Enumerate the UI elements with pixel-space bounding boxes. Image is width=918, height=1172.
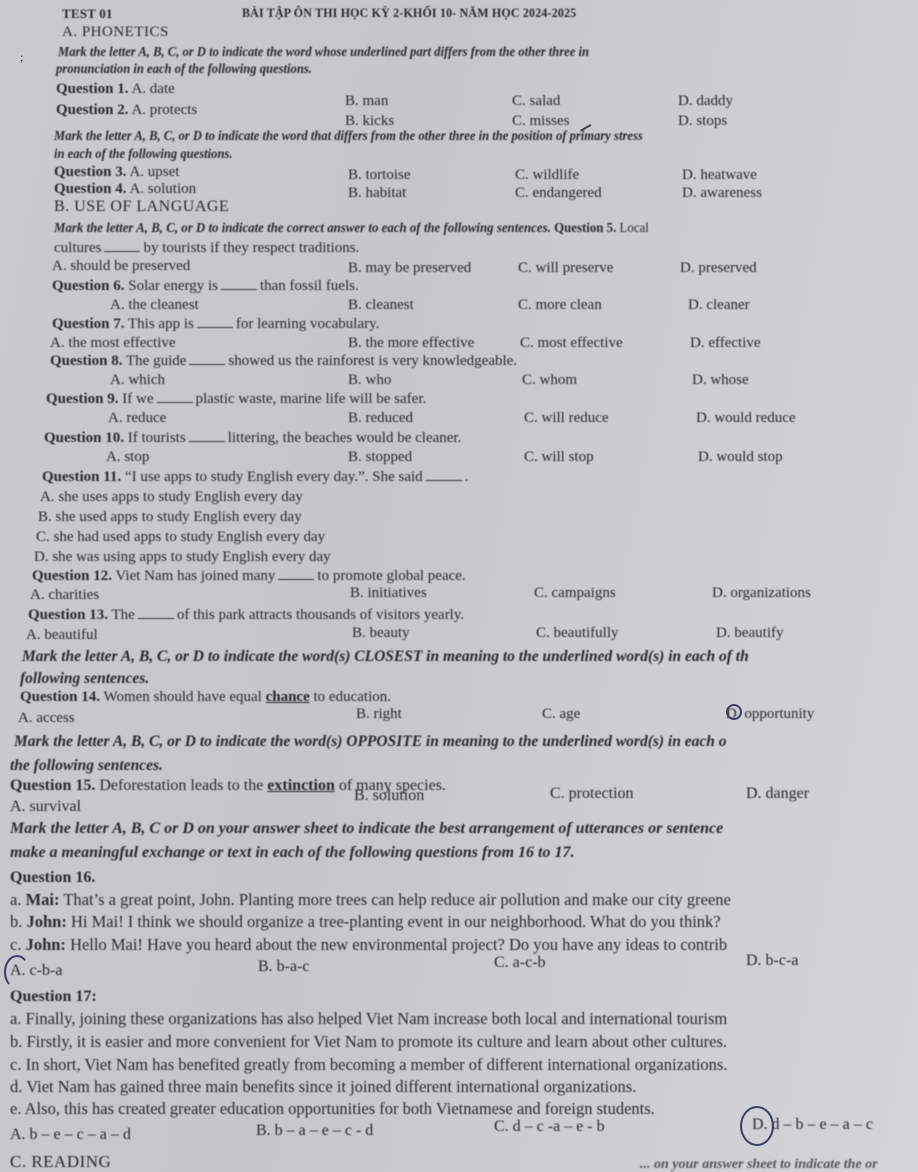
stem-text: Women should have equal: [104, 689, 262, 705]
dialogue-line-b: b. John: Hi Mai! I think we should organ…: [10, 913, 721, 931]
instruction-opposite: Mark the letter A, B, C, or D to indicat…: [14, 733, 727, 751]
instruction-reading-partial: ... on your answer sheet to indicate the…: [640, 1156, 878, 1172]
question-9: Question 9. If weplastic waste, marine l…: [46, 390, 426, 408]
option-c[interactable]: C. wildlife: [515, 166, 579, 184]
stem-text: If tourists: [128, 430, 186, 446]
answer-blank: [278, 567, 314, 580]
option-c[interactable]: C. protection: [550, 785, 634, 803]
option-d[interactable]: D. effective: [690, 334, 761, 352]
instruction-stress-cont: in each of the following questions.: [54, 146, 233, 164]
option-d[interactable]: D. awareness: [682, 184, 762, 202]
question-3: Question 3. A. upset: [54, 163, 179, 181]
option-c[interactable]: C. more clean: [518, 296, 602, 314]
stem-text: The: [112, 607, 135, 623]
question-label: Question 6.: [52, 278, 125, 294]
option-c[interactable]: C. campaigns: [534, 584, 616, 602]
option-b[interactable]: B. may be preserved: [348, 259, 471, 277]
option-d[interactable]: D. whose: [692, 371, 749, 389]
option-d[interactable]: D. d – b – e – a – c: [752, 1116, 873, 1134]
instruction-pronunciation: Mark the letter A, B, C, or D to indicat…: [58, 44, 589, 62]
line-tag: b.: [10, 912, 22, 931]
question-16-label: Question 16.: [10, 869, 95, 887]
question-label: Question 7.: [52, 316, 125, 332]
stem-text: Deforestation leads to the: [99, 777, 263, 794]
option-a[interactable]: A. date: [131, 81, 174, 97]
sentence-d: d. Viet Nam has gained three main benefi…: [10, 1078, 636, 1096]
option-d[interactable]: D. heatwave: [682, 166, 757, 184]
sentence-b: b. Firstly, it is easier and more conven…: [10, 1033, 727, 1051]
option-a[interactable]: A. the cleanest: [110, 296, 199, 314]
answer-blank: [189, 429, 225, 442]
stem-text: of this park attracts thousands of visit…: [177, 607, 464, 623]
question-6: Question 6. Solar energy isthan fossil f…: [52, 277, 359, 295]
question-label: Question 3.: [54, 164, 127, 180]
stem-text: .: [465, 469, 469, 485]
question-label: Question 15.: [10, 777, 95, 794]
option-a[interactable]: A. survival: [10, 798, 81, 816]
speaker-name: John:: [27, 912, 67, 931]
section-reading: C. READING: [10, 1152, 111, 1172]
option-d[interactable]: D. preserved: [680, 259, 757, 277]
stem-text: littering, the beaches would be cleaner.: [228, 430, 462, 446]
dialogue-line-a: a. Mai: That’s a great point, John. Plan…: [10, 891, 731, 909]
question-label: Question 9.: [46, 391, 119, 407]
question-label: Question 1.: [56, 81, 129, 97]
option-b[interactable]: B. habitat: [348, 184, 406, 202]
option-d[interactable]: D. would reduce: [696, 409, 796, 427]
option-d[interactable]: D. would stop: [698, 448, 783, 466]
question-8: Question 8. The guideshowed us the rainf…: [50, 352, 517, 370]
question-label: Question 2.: [56, 102, 129, 118]
sentence-c: c. In short, Viet Nam has benefited grea…: [10, 1056, 727, 1074]
option-a[interactable]: A. reduce: [108, 409, 166, 427]
answer-blank: [197, 315, 233, 328]
stem-text: to promote global peace.: [317, 568, 465, 584]
option-c[interactable]: C. age: [542, 705, 580, 723]
option-d[interactable]: D. daddy: [678, 92, 733, 110]
question-4: Question 4. A. solution: [54, 180, 196, 198]
option-c[interactable]: C. endangered: [515, 184, 602, 202]
question-label: Question 5.: [554, 221, 616, 236]
question-stem: Local: [620, 221, 649, 236]
margin-mark: ;: [20, 48, 23, 66]
instruction-correct: Mark the letter A, B, C, or D to indicat…: [54, 220, 649, 238]
stem-text: to education.: [314, 689, 391, 705]
option-d[interactable]: D. b-c-a: [746, 952, 798, 970]
underlined-word: chance: [266, 689, 310, 705]
option-b[interactable]: B. the more effective: [348, 334, 474, 352]
speaker-name: Mai:: [26, 890, 60, 909]
option-c[interactable]: C. will preserve: [518, 259, 613, 277]
option-d[interactable]: D. cleaner: [688, 296, 750, 314]
answer-blank: [138, 606, 174, 619]
option-b[interactable]: B. tortoise: [348, 166, 411, 184]
question-7: Question 7. This app isfor learning voca…: [52, 315, 379, 333]
question-11: Question 11. “I use apps to study Englis…: [42, 468, 468, 486]
stem-text: The guide: [126, 353, 186, 369]
option-a[interactable]: A. c-b-a: [10, 962, 62, 980]
option-b[interactable]: B. who: [348, 371, 391, 389]
option-d[interactable]: D. stops: [678, 112, 727, 130]
dialogue-line-c: c. John: Hello Mai! Have you heard about…: [10, 936, 727, 954]
option-a[interactable]: A. beautiful: [26, 626, 98, 644]
option-d[interactable]: D. organizations: [712, 584, 811, 602]
option-a[interactable]: A. protects: [131, 102, 197, 118]
option-c[interactable]: C. whom: [522, 371, 577, 389]
dialogue-text: Hello Mai! Have you heard about the new …: [70, 935, 727, 954]
answer-blank: [189, 352, 225, 365]
option-a[interactable]: A. should be preserved: [52, 257, 190, 275]
test-label: TEST 01: [62, 6, 113, 22]
option-d[interactable]: D. she was using apps to study English e…: [34, 548, 331, 566]
stem-text: Viet Nam has joined many: [116, 568, 276, 584]
answer-blank: [157, 390, 193, 403]
sentence-a: a. Finally, joining these organizations …: [10, 1010, 727, 1028]
question-label: Question 11.: [42, 469, 121, 485]
option-b[interactable]: B. cleanest: [348, 296, 414, 314]
option-c[interactable]: C. a-c-b: [494, 954, 546, 972]
option-c[interactable]: C. d – c -a – e - b: [494, 1118, 605, 1136]
speaker-name: John:: [26, 935, 66, 954]
underlined-word: extinction: [267, 777, 335, 794]
question-17-label: Question 17:: [10, 988, 97, 1006]
section-phonetics: A. PHONETICS: [62, 24, 169, 41]
question-label: Question 4.: [54, 181, 127, 197]
stem-text: than fossil fuels.: [260, 278, 359, 294]
option-b[interactable]: B. she used apps to study English every …: [38, 508, 302, 526]
question-5-stem: culturesby tourists if they respect trad…: [54, 239, 359, 257]
option-c[interactable]: C. salad: [512, 92, 560, 110]
option-b[interactable]: B. stopped: [348, 448, 412, 466]
option-d[interactable]: D. danger: [746, 785, 809, 803]
dialogue-text: Hi Mai! I think we should organize a tre…: [71, 912, 721, 931]
question-label: Question 13.: [28, 607, 108, 623]
option-a[interactable]: A. access: [18, 709, 75, 727]
instruction-closest: Mark the letter A, B, C, or D to indicat…: [22, 648, 749, 666]
instruction-stress: Mark the letter A, B, C, or D to indicat…: [54, 128, 643, 146]
question-14: Question 14. Women should have equal cha…: [20, 688, 391, 706]
option-a[interactable]: A. b – e – c – a – d: [10, 1126, 131, 1144]
option-a[interactable]: A. which: [110, 371, 165, 389]
instruction-closest-cont: following sentences.: [20, 670, 149, 688]
option-b[interactable]: B. b – a – e – c - d: [256, 1122, 373, 1140]
stem-text: showed us the rainforest is very knowled…: [228, 353, 517, 369]
option-b[interactable]: B. man: [345, 92, 388, 110]
stem-text: If we: [122, 391, 153, 407]
line-tag: a.: [10, 890, 21, 909]
answer-blank: [221, 277, 257, 290]
option-c[interactable]: C. she had used apps to study English ev…: [36, 528, 325, 546]
option-c[interactable]: C. will reduce: [524, 409, 609, 427]
stem-text: for learning vocabulary.: [236, 316, 380, 332]
answer-blank: [426, 468, 462, 481]
stem-text: cultures: [54, 240, 101, 256]
question-label: Question 10.: [44, 430, 124, 446]
sentence-e: e. Also, this has created greater educat…: [10, 1100, 655, 1118]
option-b[interactable]: B. beauty: [352, 624, 410, 642]
dialogue-text: That’s a great point, John. Planting mor…: [63, 890, 731, 909]
option-a[interactable]: A. upset: [129, 164, 179, 180]
answer-blank: [104, 239, 140, 252]
line-tag: c.: [10, 935, 21, 954]
option-b[interactable]: B. initiatives: [350, 584, 427, 602]
instruction-opposite-cont: the following sentences.: [10, 757, 163, 775]
question-label: Question 14.: [20, 689, 100, 705]
instruction-arrange-cont: make a meaningful exchange or text in ea…: [10, 844, 574, 862]
question-label: Question 8.: [50, 353, 123, 369]
option-c[interactable]: C. most effective: [520, 334, 623, 352]
option-a[interactable]: A. solution: [129, 181, 196, 197]
stem-text: plastic waste, marine life will be safer…: [196, 391, 427, 407]
stem-text: Solar energy is: [128, 278, 218, 294]
option-b[interactable]: B. reduced: [348, 409, 413, 427]
option-a[interactable]: A. the most effective: [50, 334, 176, 352]
question-10: Question 10. If touristslittering, the b…: [44, 429, 461, 447]
question-1: Question 1. A. date: [56, 80, 175, 98]
instruction-pronunciation-cont: pronunciation in each of the following q…: [56, 61, 312, 79]
option-b[interactable]: B. b-a-c: [258, 958, 310, 976]
question-label: Question 12.: [32, 568, 112, 584]
stem-text: “I use apps to study English every day.”…: [125, 469, 423, 485]
page-title: BÀI TẬP ÔN THI HỌC KỲ 2-KHỐI 10- NĂM HỌC…: [242, 5, 576, 21]
option-d[interactable]: D. beautify: [716, 624, 783, 642]
question-12: Question 12. Viet Nam has joined manyto …: [32, 567, 466, 585]
option-b[interactable]: B. right: [356, 705, 402, 723]
option-a[interactable]: A. charities: [30, 586, 99, 604]
option-d[interactable]: D. opportunity: [726, 705, 814, 723]
option-a[interactable]: A. she uses apps to study English every …: [40, 488, 303, 506]
question-2: Question 2. A. protects: [56, 101, 197, 119]
option-c[interactable]: C. will stop: [524, 448, 594, 466]
exam-page: TEST 01 BÀI TẬP ÔN THI HỌC KỲ 2-KHỐI 10-…: [0, 0, 918, 1172]
section-use-of-language: B. USE OF LANGUAGE: [54, 198, 229, 216]
option-c[interactable]: C. beautifully: [536, 624, 619, 642]
question-13: Question 13. Theof this park attracts th…: [28, 606, 464, 624]
option-a[interactable]: A. stop: [106, 448, 149, 466]
stem-text: by tourists if they respect traditions.: [143, 240, 359, 256]
stem-text: This app is: [128, 316, 194, 332]
instruction-text: Mark the letter A, B, C, or D to indicat…: [54, 221, 551, 236]
option-b[interactable]: B. solution: [354, 787, 424, 805]
instruction-arrange: Mark the letter A, B, C or D on your ans…: [10, 820, 723, 838]
